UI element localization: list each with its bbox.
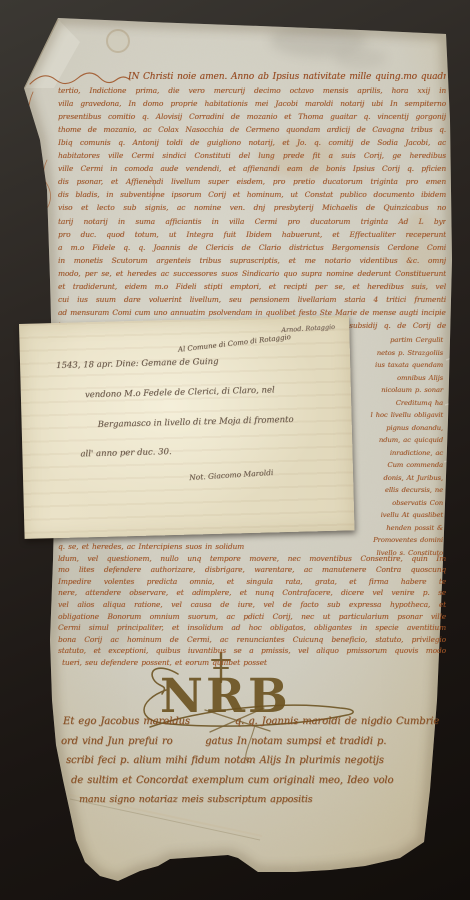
right-column-text: partim Cergulitnetos p. Strazgoliisius t… xyxy=(348,334,446,559)
manuscript-line: tueri, seu defendere possent, et eorum q… xyxy=(58,657,446,669)
manuscript-line-fragment: donis, At Juribus, xyxy=(348,472,446,485)
manuscript-line: dis bladis, in subventione ipsorum Corij… xyxy=(58,188,446,201)
manuscript-line: modo, per se, et heredes ac successores … xyxy=(58,267,446,280)
manuscript-line-fragment: henden possit & xyxy=(348,522,446,535)
manuscript-line: presentibus comitio q. Alovisij Corradin… xyxy=(58,110,446,123)
manuscript-line: ville Cermi in comoda aude vendendi, et … xyxy=(58,162,446,175)
slip-signature: Not. Giacomo Maroldi xyxy=(189,468,274,482)
manuscript-line: vel alios aliqua ratione, vel causa de i… xyxy=(58,599,446,611)
manuscript-line-fragment: ius taxata quendam xyxy=(348,359,446,372)
gray-smudge-stain xyxy=(334,47,386,69)
subscription-line: ord vind Jun prefui ro gatus In notam su… xyxy=(55,732,451,752)
manuscript-line: et tradiderunt, eidem m.o Fideli stipti … xyxy=(58,280,446,293)
manuscript-line: statuto, et exceptioni, quibus iuvantibu… xyxy=(58,645,446,657)
manuscript-line: Impedire volentes predicta omnia, et sin… xyxy=(58,576,446,588)
slip-line: vendono M.o Fedele de Clerici, di Claro,… xyxy=(85,385,275,400)
slip-line: all' anno per duc. 30. xyxy=(80,447,171,459)
manuscript-line-fragment: l hoc livellu obligavit xyxy=(348,409,446,422)
manuscript-line: Cermi simul principaliter, et insolidum … xyxy=(58,622,446,634)
manuscript-line-fragment: Creditumq ha xyxy=(348,397,446,410)
manuscript-line: bona Corij ac hominum de Cermi, ac renun… xyxy=(58,634,446,646)
manuscript-line: q. se, et heredes, ac Intercipiens suos … xyxy=(58,541,328,553)
manuscript-line: viso et lecto sub signis, ac nomine ven.… xyxy=(58,201,446,214)
notary-subscription-block: Et ego Jacobus maroldus q. q. Joannis ma… xyxy=(55,712,451,810)
archival-note-slip: Arnod. Rotaggio Al Comune di Como di Rot… xyxy=(19,315,355,539)
manuscript-line: IN Christi noie amen. Anno ab Ipsius nat… xyxy=(58,71,446,84)
manuscript-line: tertio, Indictione prima, die vero mercu… xyxy=(58,84,446,97)
manuscript-line-fragment: pignus donandu, xyxy=(348,422,446,435)
manuscript-line: pro duc. quod totum, ut Integra fuit Ibi… xyxy=(58,228,446,241)
manuscript-line: habitatores ville Cermi sindici Constitu… xyxy=(58,149,446,162)
middle-text-block: q. se, et heredes, ac Intercipiens suos … xyxy=(58,541,446,669)
subscription-line: Et ego Jacobus maroldus q. q. Joannis ma… xyxy=(55,712,451,732)
manuscript-line: tarij notarij in suma afficiantis in vil… xyxy=(58,215,446,228)
manuscript-line: villa gravedona, In domo proprie habitat… xyxy=(58,97,446,110)
manuscript-line: Ibiq comunis q. Antonij toldi de guiglio… xyxy=(58,136,446,149)
manuscript-line: obligatione Bonorum omnium suorum, ac pd… xyxy=(58,611,446,623)
manuscript-line-fragment: ndum, ac quicquid xyxy=(348,434,446,447)
subscription-line: manu signo notariaz meis subscriptum app… xyxy=(55,790,451,810)
manuscript-line: a m.o Fidele q. q. Joannis de Clericis d… xyxy=(58,241,446,254)
manuscript-line-fragment: omnibus Alijs xyxy=(348,372,446,385)
subscription-line: scribi feci p. alium mihi fidum notam Al… xyxy=(55,751,451,771)
manuscript-scan: NRB IN Christi noie amen. Anno ab Ipsius… xyxy=(0,0,470,900)
manuscript-line-fragment: inradictione, ac xyxy=(348,447,446,460)
slip-inserted-line: Al Comune di Como di Rotaggio xyxy=(177,333,291,354)
subscription-line: de sultim et Concordat exemplum cum orig… xyxy=(55,771,451,791)
ring-stain xyxy=(107,30,129,52)
manuscript-line: dis psonar, et Affienendi livellum super… xyxy=(58,175,446,188)
manuscript-line-fragment: netos p. Strazgoliis xyxy=(348,347,446,360)
slip-line: 1543, 18 apr. Dine: Gemane de Guing xyxy=(56,357,219,371)
manuscript-line: ldum, vel questionem, nullo unq tempore … xyxy=(58,553,446,565)
manuscript-line: nere, attendere observare, et adimplere,… xyxy=(58,587,446,599)
manuscript-line: mo lites defendere authorizare, disbriga… xyxy=(58,564,446,576)
manuscript-line-fragment: observatis Con xyxy=(348,497,446,510)
main-text-block: IN Christi noie amen. Anno ab Ipsius nat… xyxy=(58,71,446,332)
manuscript-line-fragment: ivellu At quaslibet xyxy=(348,509,446,522)
slip-line: Bergamasco in livello di tre Moja di fro… xyxy=(98,415,294,430)
manuscript-line-fragment: Cum commenda xyxy=(348,459,446,472)
manuscript-line-fragment: nicolaum p. sonar xyxy=(348,384,446,397)
manuscript-line: cui ius suum dare voluerint livellum, se… xyxy=(58,293,446,306)
manuscript-line: thome de mozanio, ac Colax Nasocchia de … xyxy=(58,123,446,136)
manuscript-line-fragment: partim Cergulit xyxy=(348,334,446,347)
manuscript-line: in monetis Scutorum argenteis tribus sup… xyxy=(58,254,446,267)
manuscript-line-fragment: ellis decursis, ne xyxy=(348,484,446,497)
